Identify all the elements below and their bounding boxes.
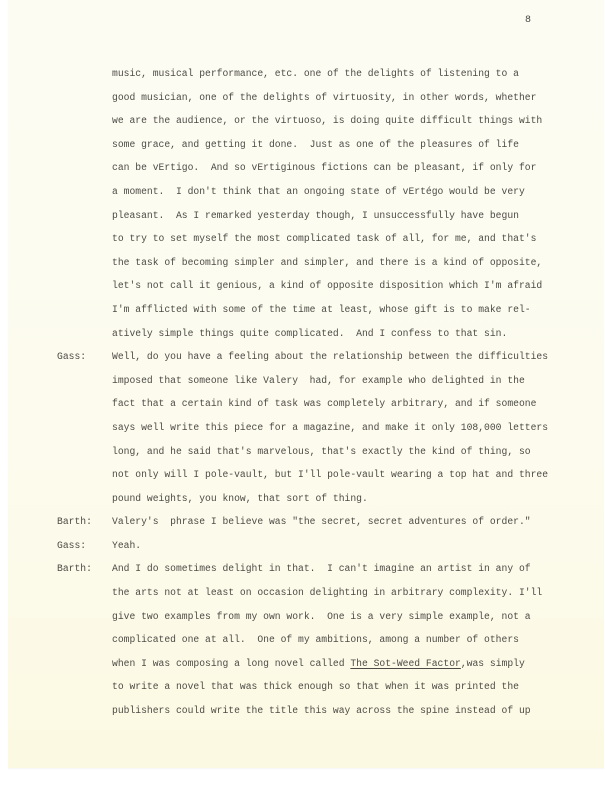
line-text: let's not call it genious, a kind of opp… <box>112 278 542 294</box>
line-text: we are the audience, or the virtuoso, is… <box>112 113 542 129</box>
line-text: imposed that someone like Valery had, fo… <box>112 373 525 389</box>
transcript-line: to write a novel that was thick enough s… <box>8 679 604 703</box>
line-text: good musician, one of the delights of vi… <box>112 90 536 106</box>
line-text: says well write this piece for a magazin… <box>112 420 548 436</box>
transcript-line: the task of becoming simpler and simpler… <box>8 255 604 279</box>
transcript-line: Gass:Yeah. <box>8 538 604 562</box>
line-text: the task of becoming simpler and simpler… <box>112 255 542 271</box>
line-text: some grace, and getting it done. Just as… <box>112 137 519 153</box>
transcript-line: we are the audience, or the virtuoso, is… <box>8 113 604 137</box>
transcript-line: the arts not at least on occasion deligh… <box>8 585 604 609</box>
line-text: the arts not at least on occasion deligh… <box>112 585 542 601</box>
transcript-line: Barth:Valery's phrase I believe was "the… <box>8 514 604 538</box>
transcript-line: complicated one at all. One of my ambiti… <box>8 632 604 656</box>
line-text: to try to set myself the most complicate… <box>112 231 536 247</box>
speaker-label: Barth: <box>57 514 92 530</box>
transcript-body: music, musical performance, etc. one of … <box>8 66 604 727</box>
transcript-line: fact that a certain kind of task was com… <box>8 396 604 420</box>
line-text: pound weights, you know, that sort of th… <box>112 491 368 507</box>
speaker-label: Gass: <box>57 349 86 365</box>
transcript-line: to try to set myself the most complicate… <box>8 231 604 255</box>
transcript-line: pound weights, you know, that sort of th… <box>8 491 604 515</box>
line-text: atively simple things quite complicated.… <box>112 326 507 342</box>
line-text: And I do sometimes delight in that. I ca… <box>112 561 531 577</box>
transcript-line: Barth:And I do sometimes delight in that… <box>8 561 604 585</box>
line-text: Yeah. <box>112 538 141 554</box>
line-text: I'm afflicted with some of the time at l… <box>112 302 531 318</box>
transcript-line: I'm afflicted with some of the time at l… <box>8 302 604 326</box>
line-text: give two examples from my own work. One … <box>112 609 531 625</box>
transcript-line: give two examples from my own work. One … <box>8 609 604 633</box>
transcript-line: publishers could write the title this wa… <box>8 703 604 727</box>
line-text: a moment. I don't think that an ongoing … <box>112 184 525 200</box>
line-text: to write a novel that was thick enough s… <box>112 679 519 695</box>
line-text: complicated one at all. One of my ambiti… <box>112 632 519 648</box>
line-text: fact that a certain kind of task was com… <box>112 396 536 412</box>
line-text: Well, do you have a feeling about the re… <box>112 349 548 365</box>
line-text: publishers could write the title this wa… <box>112 703 531 719</box>
page-number: 8 <box>525 15 531 26</box>
transcript-line: good musician, one of the delights of vi… <box>8 90 604 114</box>
speaker-label: Gass: <box>57 538 86 554</box>
transcript-line: when I was composing a long novel called… <box>8 656 604 680</box>
transcript-line: long, and he said that's marvelous, that… <box>8 444 604 468</box>
transcript-line: not only will I pole-vault, but I'll pol… <box>8 467 604 491</box>
line-text: can be vErtigo. And so vErtiginous ficti… <box>112 160 536 176</box>
typewritten-page: 8 music, musical performance, etc. one o… <box>8 0 604 768</box>
line-text: pleasant. As I remarked yesterday though… <box>112 208 519 224</box>
line-text: not only will I pole-vault, but I'll pol… <box>112 467 548 483</box>
transcript-line: can be vErtigo. And so vErtiginous ficti… <box>8 160 604 184</box>
book-title-underlined: The Sot-Weed Factor <box>350 658 460 669</box>
transcript-line: atively simple things quite complicated.… <box>8 326 604 350</box>
line-text: music, musical performance, etc. one of … <box>112 66 519 82</box>
line-text-after: ,was simply <box>461 658 525 669</box>
transcript-line: imposed that someone like Valery had, fo… <box>8 373 604 397</box>
line-text-before: when I was composing a long novel called <box>112 658 350 669</box>
transcript-line: pleasant. As I remarked yesterday though… <box>8 208 604 232</box>
transcript-line: Gass:Well, do you have a feeling about t… <box>8 349 604 373</box>
line-text: Valery's phrase I believe was "the secre… <box>112 514 531 530</box>
transcript-line: a moment. I don't think that an ongoing … <box>8 184 604 208</box>
line-text: long, and he said that's marvelous, that… <box>112 444 531 460</box>
transcript-line: some grace, and getting it done. Just as… <box>8 137 604 161</box>
transcript-line: says well write this piece for a magazin… <box>8 420 604 444</box>
transcript-line: let's not call it genious, a kind of opp… <box>8 278 604 302</box>
line-text: when I was composing a long novel called… <box>112 656 525 672</box>
transcript-line: music, musical performance, etc. one of … <box>8 66 604 90</box>
speaker-label: Barth: <box>57 561 92 577</box>
